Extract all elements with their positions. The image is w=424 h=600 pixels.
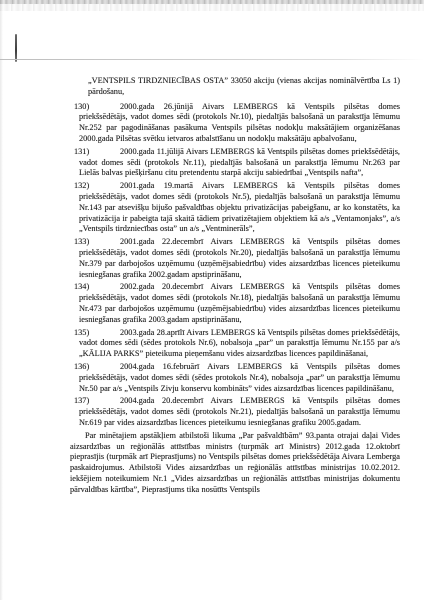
list-item-131: 131)2000.gada 11.jūlijā Aivars LEMBERGS …: [79, 147, 400, 179]
list-item-134: 134)2002.gada 20.decembrī Aivars LEMBERG…: [79, 282, 400, 325]
item-number: 131): [74, 147, 120, 158]
list-item-132: 132)2001.gada 19.martā Aivars LEMBERGS k…: [79, 181, 400, 235]
item-number: 130): [74, 102, 120, 113]
list-item-136: 136)2004.gada 16.februārī Aivars LEMBERG…: [79, 362, 400, 394]
margin-vertical-mark: [15, 34, 17, 62]
item-text: 2000.gada 26.jūnijā Aivars LEMBERGS kā V…: [79, 102, 400, 143]
item-number: 136): [74, 362, 120, 373]
item-text: 2002.gada 20.decembrī Aivars LEMBERGS kā…: [79, 282, 400, 323]
item-text: 2001.gada 19.martā Aivars LEMBERGS kā Ve…: [79, 181, 400, 233]
scanned-document-page: { "doc": { "paper_color": "#ffffff", "in…: [0, 0, 424, 600]
item-text: 2003.gada 28.aprīlī Aivars LEMBERGS kā V…: [79, 328, 400, 359]
closing-paragraph: Par minētajiem apstākļiem atbilstoši lik…: [70, 431, 400, 496]
intro-paragraph: „VENTSPILS TIRDZNIECĪBAS OSTA” 33050 akc…: [88, 76, 400, 98]
item-number: 134): [74, 282, 120, 293]
faint-crease-line: [0, 59, 424, 60]
item-text: 2000.gada 11.jūlijā Aivars LEMBERGS kā V…: [79, 147, 400, 178]
item-number: 133): [74, 237, 120, 248]
scan-noise-band-soft: [0, 4, 424, 11]
item-text: 2004.gada 20.decembrī Aivars LEMBERGS kā…: [79, 396, 400, 427]
item-number: 135): [74, 328, 120, 339]
item-number: 137): [74, 396, 120, 407]
document-body: „VENTSPILS TIRDZNIECĪBAS OSTA” 33050 akc…: [79, 76, 400, 495]
item-text: 2004.gada 16.februārī Aivars LEMBERGS kā…: [79, 362, 400, 393]
list-item-130: 130)2000.gada 26.jūnijā Aivars LEMBERGS …: [79, 102, 400, 145]
list-item-137: 137)2004.gada 20.decembrī Aivars LEMBERG…: [79, 396, 400, 428]
list-item-135: 135)2003.gada 28.aprīlī Aivars LEMBERGS …: [79, 328, 400, 360]
left-edge-scan-shade: [0, 0, 3, 600]
list-item-133: 133)2001.gada 22.decembrī Aivars LEMBERG…: [79, 237, 400, 280]
item-number: 132): [74, 181, 120, 192]
item-text: 2001.gada 22.decembrī Aivars LEMBERGS kā…: [79, 237, 400, 278]
